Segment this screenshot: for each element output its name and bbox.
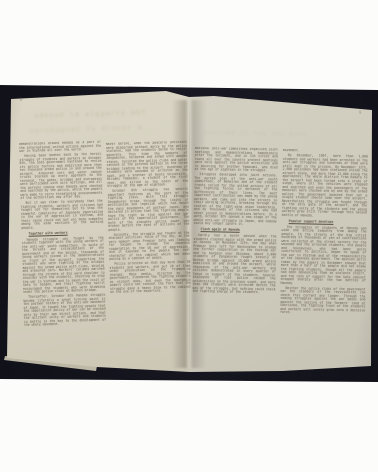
paragraph: National anti-war committees organized j… [195, 147, 278, 173]
text-column-left-1: demonstrations around Haneda as a part o… [19, 141, 107, 372]
paragraph: Never before, when the peaceful petition… [106, 141, 188, 189]
section-heading: Popular support develops [289, 220, 367, 225]
paragraph: By December, 1967, more than 1,000 stude… [282, 154, 368, 218]
paragraph: Police arrested on that day more than 58… [109, 261, 191, 295]
paragraph: Secondly, the struggle was fought at the… [109, 231, 191, 261]
paragraph: Hardly had a month passed when the stude… [192, 234, 276, 295]
text-column-right-2: movement.By December, 1967, more than 1,… [279, 149, 368, 362]
paragraph: Haneda struggle was fought by the studen… [22, 236, 106, 294]
paragraph: But it was clear to everybody that the f… [21, 200, 104, 230]
paragraph: Neither the police clubs of the governme… [280, 287, 365, 316]
paragraph: Having been beaten back by the heroic st… [19, 153, 102, 201]
text-column-left-2: Never before, when the peaceful petition… [106, 141, 193, 375]
page-number-left: 8 [20, 97, 23, 102]
paragraph: The struggles of students at Haneda won … [281, 226, 367, 287]
text-column-right-1: National anti-war committees organized j… [191, 147, 278, 364]
page-number-right: 9 [359, 110, 362, 115]
paragraph: October 8th struggle has several importa… [107, 188, 189, 232]
scan-background: adenaH ta elggurts ehT nerukagneZ fo dro… [0, 0, 378, 472]
paragraph: Thereafter, October 8th Haneda struggle … [23, 294, 106, 328]
paragraph: Struggles developed into joint actions. … [194, 173, 278, 227]
